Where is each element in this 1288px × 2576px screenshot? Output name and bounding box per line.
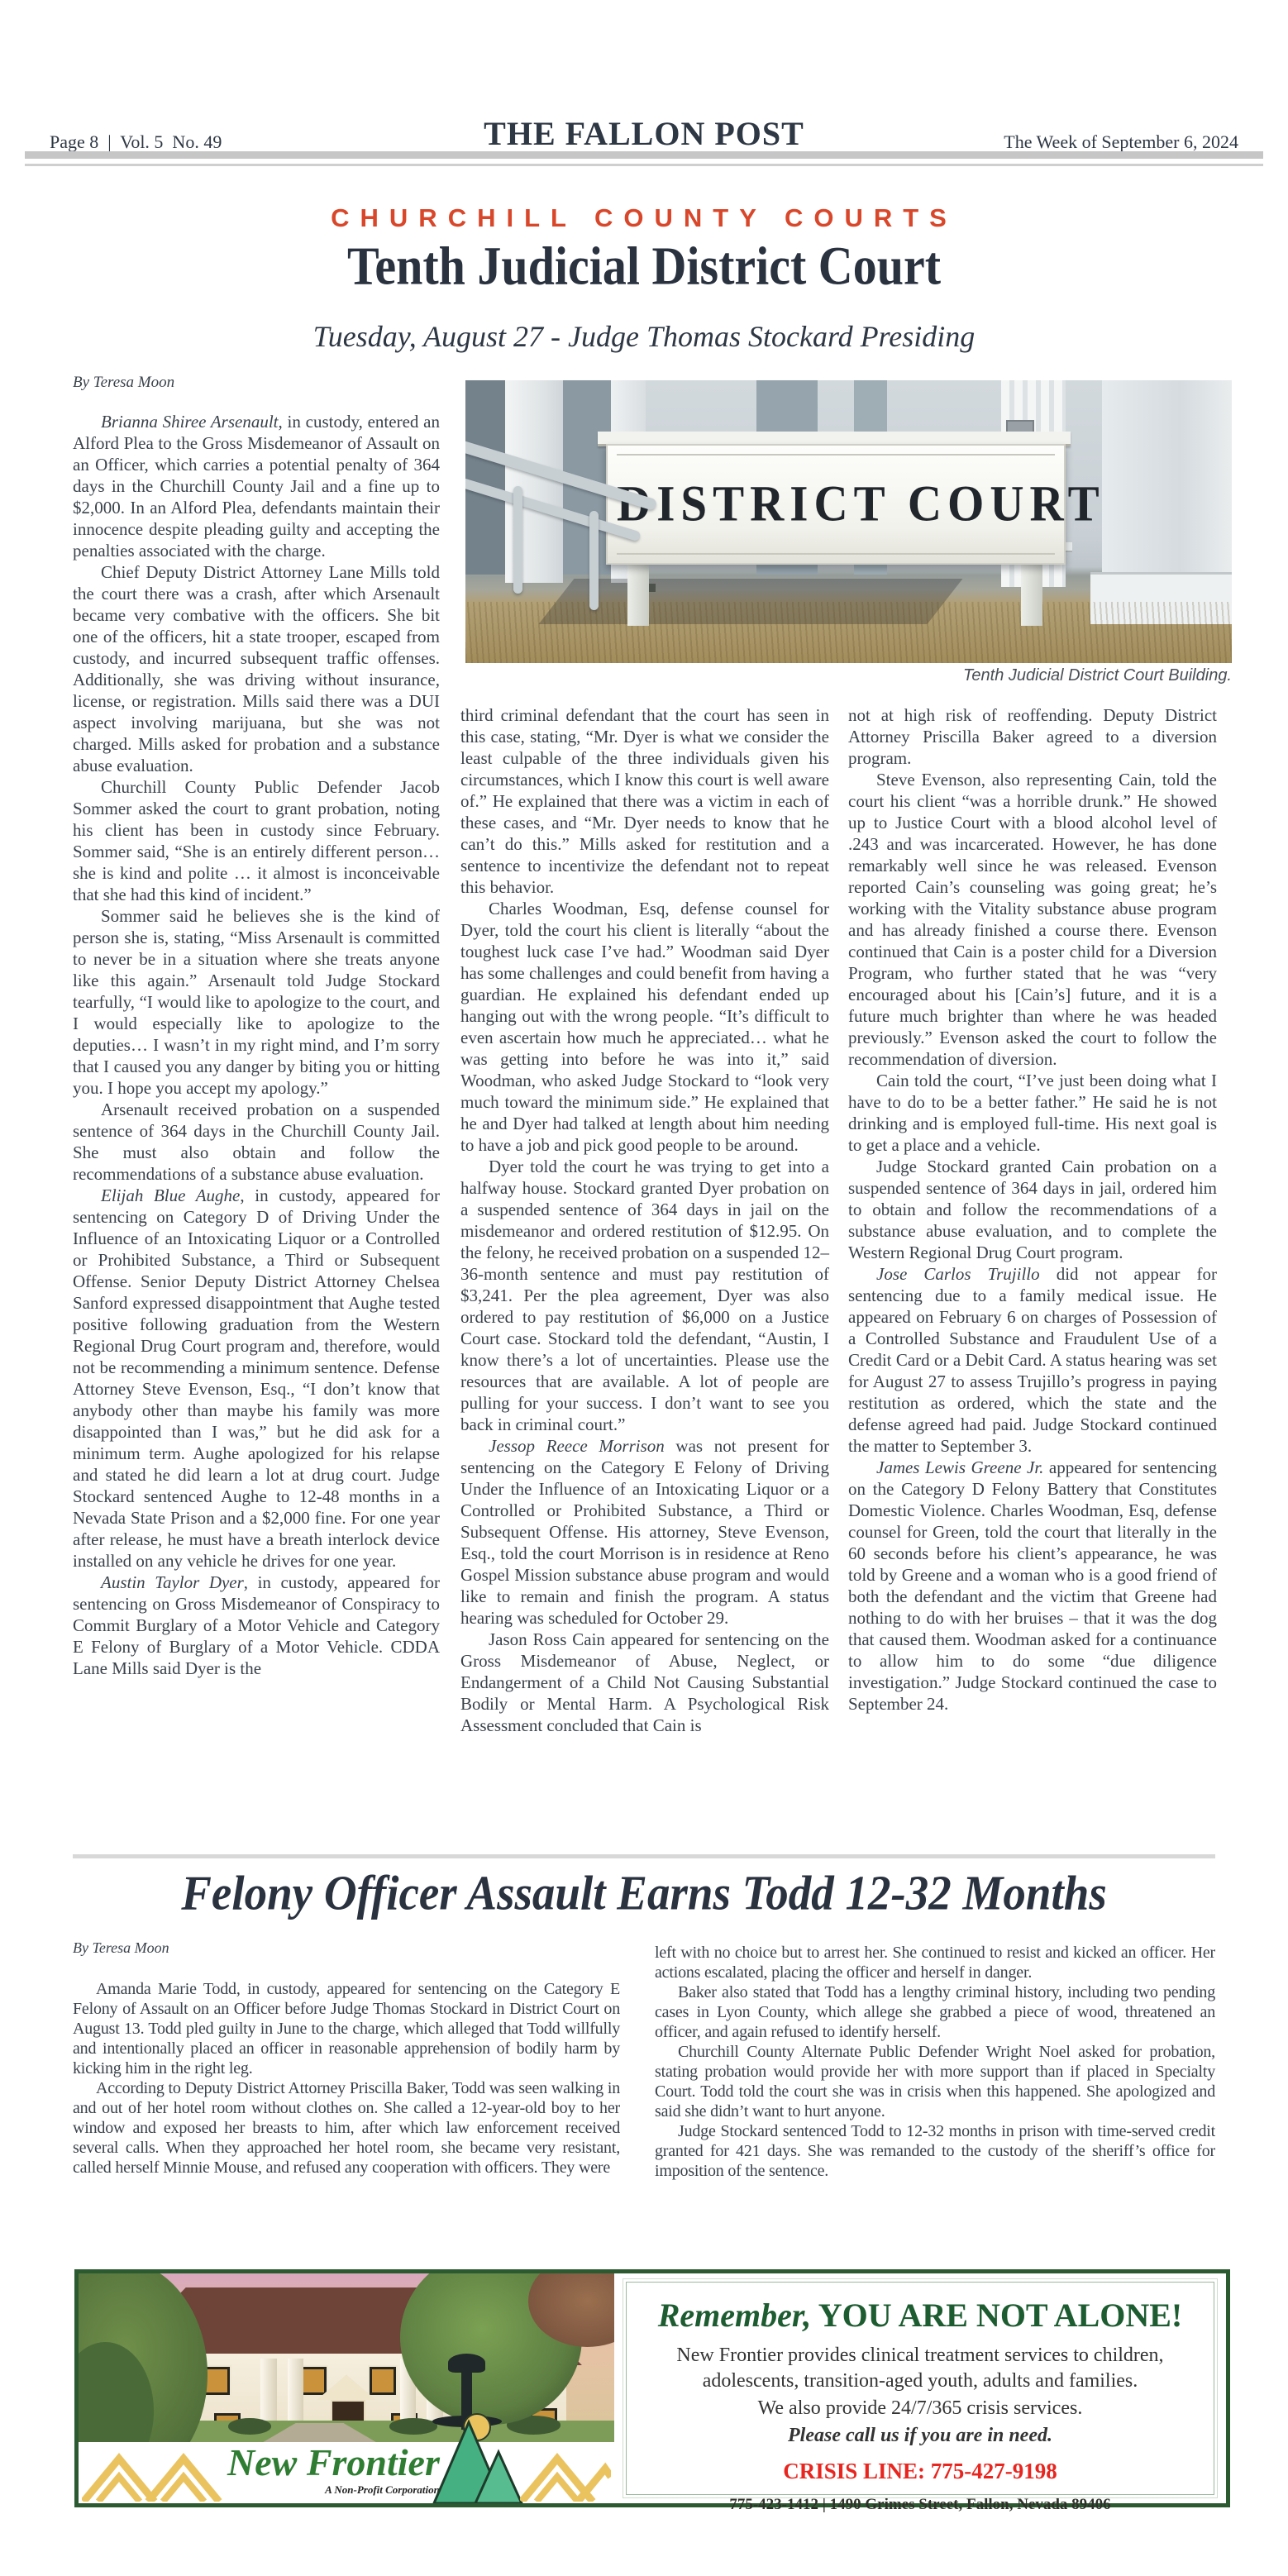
paragraph: Judge Stockard sentenced Todd to 12-32 m… bbox=[655, 2121, 1215, 2181]
article1-column-2: third criminal defendant that the court … bbox=[460, 704, 829, 1736]
defendant-name: Brianna Shiree Arsenault bbox=[101, 412, 279, 432]
paragraph: left with no choice but to arrest her. S… bbox=[655, 1943, 1215, 1982]
article1-column-1: Brianna Shiree Arsenault, in custody, en… bbox=[73, 411, 440, 1679]
defendant-name: Jose Carlos Trujillo bbox=[876, 1264, 1040, 1284]
ad-crisis-services-line: We also provide 24/7/365 crisis services… bbox=[651, 2396, 1189, 2421]
paragraph: Jessop Reece Morrison was not present fo… bbox=[460, 1435, 829, 1629]
paragraph: Cain told the court, “I’ve just been doi… bbox=[848, 1070, 1217, 1156]
article1-byline: By Teresa Moon bbox=[73, 374, 174, 392]
ad-crisis-line-number: CRISIS LINE: 775-427-9198 bbox=[651, 2459, 1189, 2484]
photo-pillar bbox=[1102, 380, 1232, 595]
newspaper-page: Page 8 | Vol. 5 No. 49 THE FALLON POST T… bbox=[0, 0, 1288, 2576]
new-frontier-logo-strip: New Frontier A Non-Profit Corporation bbox=[79, 2442, 614, 2503]
article1-subhead: Tuesday, August 27 - Judge Thomas Stocka… bbox=[0, 319, 1288, 354]
paragraph: not at high risk of reoffending. Deputy … bbox=[848, 704, 1217, 769]
new-frontier-logo-name: New Frontier bbox=[227, 2444, 440, 2482]
paragraph: James Lewis Greene Jr. appeared for sent… bbox=[848, 1457, 1217, 1715]
section-label: CHURCHILL COUNTY COURTS bbox=[0, 203, 1288, 233]
handrail-post bbox=[589, 511, 599, 610]
house-window bbox=[368, 2365, 398, 2396]
paragraph: Churchill County Public Defender Jacob S… bbox=[73, 776, 440, 905]
paragraph: Elijah Blue Aughe, in custody, appeared … bbox=[73, 1185, 440, 1572]
issue-date: The Week of September 6, 2024 bbox=[821, 131, 1238, 153]
fountain-statue bbox=[448, 2354, 485, 2372]
page-info: Page 8 | Vol. 5 No. 49 bbox=[50, 131, 467, 153]
masthead-rule-thin bbox=[25, 164, 1263, 166]
logo-mountain-icon bbox=[426, 2404, 525, 2503]
shrub bbox=[228, 2418, 271, 2434]
sign-text: DISTRICT COURT bbox=[617, 451, 1105, 556]
article2-headline: Felony Officer Assault Earns Todd 12-32 … bbox=[0, 1867, 1288, 1919]
masthead-row: Page 8 | Vol. 5 No. 49 THE FALLON POST T… bbox=[50, 114, 1238, 153]
article2-column-2: left with no choice but to arrest her. S… bbox=[655, 1943, 1215, 2181]
paragraph: third criminal defendant that the court … bbox=[460, 704, 829, 898]
paragraph: Austin Taylor Dyer, in custody, appeared… bbox=[73, 1572, 440, 1679]
ad-call-us-line: Please call us if you are in need. bbox=[651, 2423, 1189, 2449]
paragraph: Jason Ross Cain appeared for sentencing … bbox=[460, 1629, 829, 1736]
logo-chevrons-left-icon bbox=[82, 2444, 222, 2502]
paragraph: According to Deputy District Attorney Pr… bbox=[73, 2078, 620, 2178]
paragraph: Charles Woodman, Esq, defense counsel fo… bbox=[460, 898, 829, 1156]
article1-column-3: not at high risk of reoffending. Deputy … bbox=[848, 704, 1217, 1715]
paragraph: Baker also stated that Todd has a length… bbox=[655, 1982, 1215, 2042]
paragraph: Chief Deputy District Attorney Lane Mill… bbox=[73, 561, 440, 776]
photo-caption: Tenth Judicial District Court Building. bbox=[465, 666, 1232, 685]
masthead-rule-thick bbox=[25, 151, 1263, 159]
paragraph: Dyer told the court he was trying to get… bbox=[460, 1156, 829, 1435]
paragraph: Steve Evenson, also representing Cain, t… bbox=[848, 769, 1217, 1070]
paragraph: Sommer said he believes she is the kind … bbox=[73, 905, 440, 1099]
article-divider-rule bbox=[73, 1854, 1215, 1858]
ad-headline-alone: YOU ARE NOT ALONE! bbox=[811, 2297, 1182, 2334]
district-court-sign: DISTRICT COURT bbox=[606, 444, 1066, 565]
article2-column-1: Amanda Marie Todd, in custody, appeared … bbox=[73, 1979, 620, 2178]
paragraph: Amanda Marie Todd, in custody, appeared … bbox=[73, 1979, 620, 2078]
ad-contact-info: 775-423-1412 | 1490 Grimes Street, Fallo… bbox=[651, 2496, 1189, 2514]
paragraph: Churchill County Alternate Public Defend… bbox=[655, 2042, 1215, 2121]
defendant-name: Austin Taylor Dyer bbox=[101, 1572, 244, 1592]
defendant-name: James Lewis Greene Jr. bbox=[876, 1457, 1043, 1477]
ad-headline-remember: Remember, bbox=[658, 2297, 812, 2334]
defendant-name: Elijah Blue Aughe bbox=[101, 1185, 240, 1205]
ad-services-line: New Frontier provides clinical treatment… bbox=[651, 2343, 1189, 2394]
article1-headline: Tenth Judicial District Court bbox=[0, 238, 1288, 293]
paragraph: Arsenault received probation on a suspen… bbox=[73, 1099, 440, 1185]
handrail-post bbox=[513, 486, 522, 594]
paragraph: Brianna Shiree Arsenault, in custody, en… bbox=[73, 411, 440, 561]
new-frontier-tagline: A Non-Profit Corporation bbox=[227, 2483, 440, 2497]
dry-grass bbox=[465, 602, 1232, 663]
sign-face: DISTRICT COURT bbox=[617, 454, 1055, 555]
new-frontier-ad: New Frontier A Non-Profit Corporation Re… bbox=[74, 2269, 1230, 2507]
logo-chevrons-right-icon bbox=[520, 2444, 611, 2502]
paragraph: Judge Stockard granted Cain probation on… bbox=[848, 1156, 1217, 1263]
article2-byline: By Teresa Moon bbox=[73, 1939, 169, 1957]
ad-text-panel: Remember, YOU ARE NOT ALONE! New Frontie… bbox=[626, 2282, 1214, 2495]
new-frontier-house-photo: New Frontier A Non-Profit Corporation bbox=[79, 2273, 614, 2503]
photo-door-panel bbox=[465, 380, 505, 575]
ad-headline: Remember, YOU ARE NOT ALONE! bbox=[651, 2296, 1189, 2335]
defendant-name: Jessop Reece Morrison bbox=[489, 1436, 665, 1456]
district-court-photo: DISTRICT COURT bbox=[465, 380, 1232, 663]
masthead-title: THE FALLON POST bbox=[467, 114, 821, 153]
paragraph: Jose Carlos Trujillo did not appear for … bbox=[848, 1263, 1217, 1457]
